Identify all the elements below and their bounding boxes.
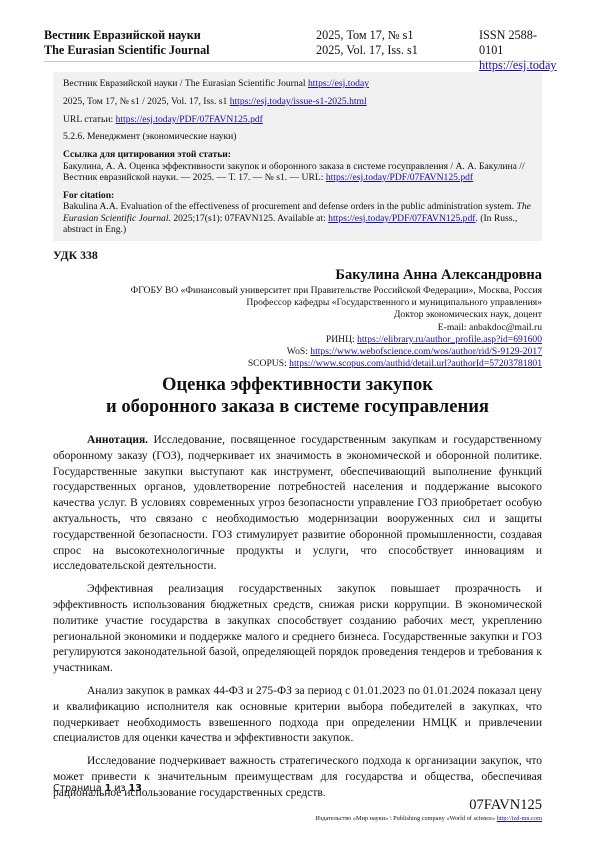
article-url-line: URL статьи: https://esj.today/PDF/07FAVN…: [63, 114, 532, 126]
abstract: Аннотация. Исследование, посвященное гос…: [53, 433, 542, 809]
issue-info: 2025, Том 17, № s1 2025, Vol. 17, Iss. s…: [316, 28, 418, 58]
issue-ru: 2025, Том 17, № s1: [316, 28, 418, 43]
citation-ru-heading: Ссылка для цитирования этой статьи:: [63, 149, 231, 160]
publisher-line: Издательство «Мир науки» \ Publishing co…: [315, 815, 542, 822]
author-degree: Доктор экономических наук, доцент: [131, 309, 542, 321]
citation-en-heading: For citation:: [63, 190, 114, 201]
author-rinc: РИНЦ: https://elibrary.ru/author_profile…: [131, 334, 542, 346]
page-counter: Страница 1 из 13: [53, 783, 142, 794]
journal-name-en: The Eurasian Scientific Journal: [44, 43, 210, 58]
citation-ru-link[interactable]: https://esj.today/PDF/07FAVN125.pdf: [326, 172, 473, 183]
author-affiliation: ФГОБУ ВО «Финансовый университет при Пра…: [131, 285, 542, 297]
page-header: Вестник Евразийской науки The Eurasian S…: [44, 28, 551, 62]
issue-link[interactable]: https://esj.today/issue-s1-2025.html: [230, 96, 367, 107]
author-name: Бакулина Анна Александровна: [131, 266, 542, 284]
wos-link[interactable]: https://www.webofscience.com/wos/author/…: [310, 346, 542, 357]
journal-link[interactable]: https://esj.today: [308, 78, 369, 89]
abstract-paragraph-2: Эффективная реализация государственных з…: [53, 582, 542, 677]
article-url-link[interactable]: https://esj.today/PDF/07FAVN125.pdf: [116, 114, 263, 125]
abstract-paragraph-3: Анализ закупок в рамках 44-ФЗ и 275-ФЗ з…: [53, 684, 542, 747]
rinc-link[interactable]: https://elibrary.ru/author_profile.asp?i…: [357, 334, 542, 345]
article-title: Оценка эффективности закупок и оборонног…: [53, 374, 542, 418]
journal-name: Вестник Евразийской науки The Eurasian S…: [44, 28, 210, 58]
abstract-paragraph-1: Аннотация. Исследование, посвященное гос…: [53, 433, 542, 575]
author-wos: WoS: https://www.webofscience.com/wos/au…: [131, 346, 542, 358]
journal-name-ru: Вестник Евразийской науки: [44, 28, 210, 43]
abstract-paragraph-4: Исследование подчеркивает важность страт…: [53, 754, 542, 801]
udk-code: УДК 338: [53, 248, 98, 263]
citation-infobox: Вестник Евразийской науки / The Eurasian…: [53, 72, 542, 241]
publisher-link[interactable]: http://izd-mn.com: [497, 815, 542, 822]
journal-line: Вестник Евразийской науки / The Eurasian…: [63, 78, 532, 90]
issue-line: 2025, Том 17, № s1 / 2025, Vol. 17, Iss.…: [63, 96, 532, 108]
citation-en: For citation: Bakulina A.A. Evaluation o…: [63, 190, 532, 236]
scopus-link[interactable]: https://www.scopus.com/authid/detail.url…: [289, 358, 542, 369]
author-email: E-mail: anbakdoc@mail.ru: [131, 322, 542, 334]
specialty-line: 5.2.6. Менеджмент (экономические науки): [63, 131, 532, 143]
citation-ru: Ссылка для цитирования этой статьи: Баку…: [63, 149, 532, 184]
issn-block: ISSN 2588-0101 https://esj.today: [479, 28, 557, 73]
author-scopus: SCOPUS: https://www.scopus.com/authid/de…: [131, 358, 542, 370]
citation-en-link[interactable]: https://esj.today/PDF/07FAVN125.pdf: [328, 213, 475, 224]
article-code: 07FAVN125: [469, 797, 542, 814]
issn: ISSN 2588-0101: [479, 28, 557, 58]
author-position: Профессор кафедры «Государственного и му…: [131, 297, 542, 309]
author-block: Бакулина Анна Александровна ФГОБУ ВО «Фи…: [131, 266, 542, 370]
abstract-label: Аннотация.: [87, 434, 148, 446]
site-link[interactable]: https://esj.today: [479, 58, 557, 72]
issue-en: 2025, Vol. 17, Iss. s1: [316, 43, 418, 58]
